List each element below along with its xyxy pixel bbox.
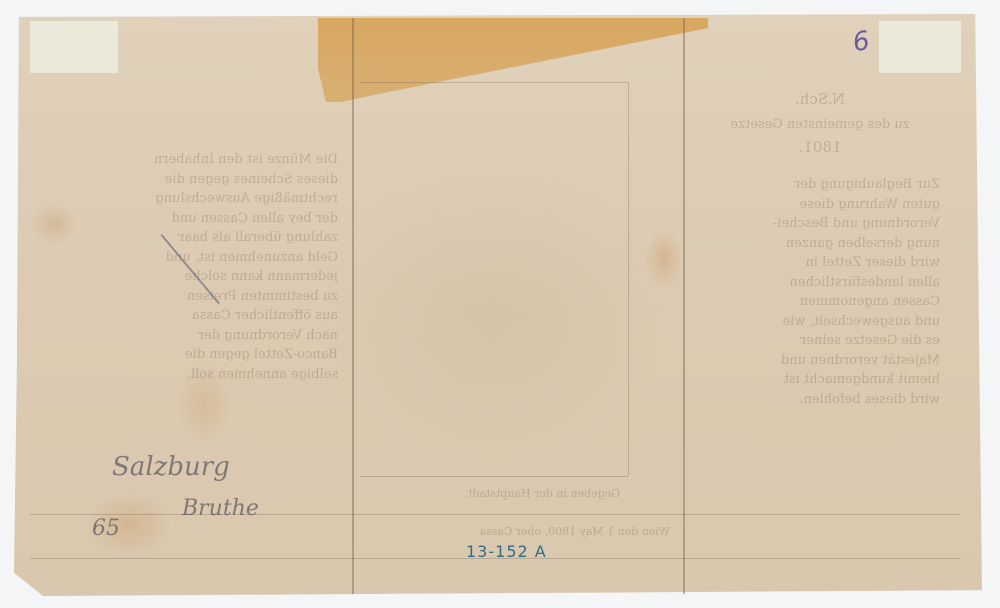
pencil-annotation-place: Salzburg: [112, 452, 230, 482]
showthrough-right-text: Zur Beglaubigung der guten Wahrung diese…: [700, 175, 940, 505]
center-frame-right: [628, 82, 629, 476]
showthrough-right-year: 1801.: [700, 138, 940, 160]
center-frame-top: [360, 82, 628, 83]
showthrough-center-bottom: Gegeben in der Hauptstadt: [370, 484, 620, 504]
showthrough-right-title: N.Sch.: [700, 90, 940, 112]
pencil-annotation-word: Bruthe: [182, 496, 259, 521]
fold-line-left: [352, 18, 354, 594]
fold-line-right: [683, 18, 685, 594]
showthrough-right-subtitle: zu des gemeinsten Gesetze: [700, 115, 940, 137]
showthrough-center-footer: Wien den 1 May 1800, ober Cassa: [380, 522, 670, 542]
showthrough-left-text: Die Münze ist den Inhabern dieses Schein…: [48, 150, 338, 470]
paper-label-left: [29, 20, 119, 74]
paper-label-right: [878, 20, 962, 74]
pencil-annotation-number: 65: [92, 516, 120, 541]
bottom-rule: [30, 514, 960, 515]
inventory-number: 13-152 A: [466, 542, 547, 561]
center-frame-bottom: [360, 476, 628, 477]
